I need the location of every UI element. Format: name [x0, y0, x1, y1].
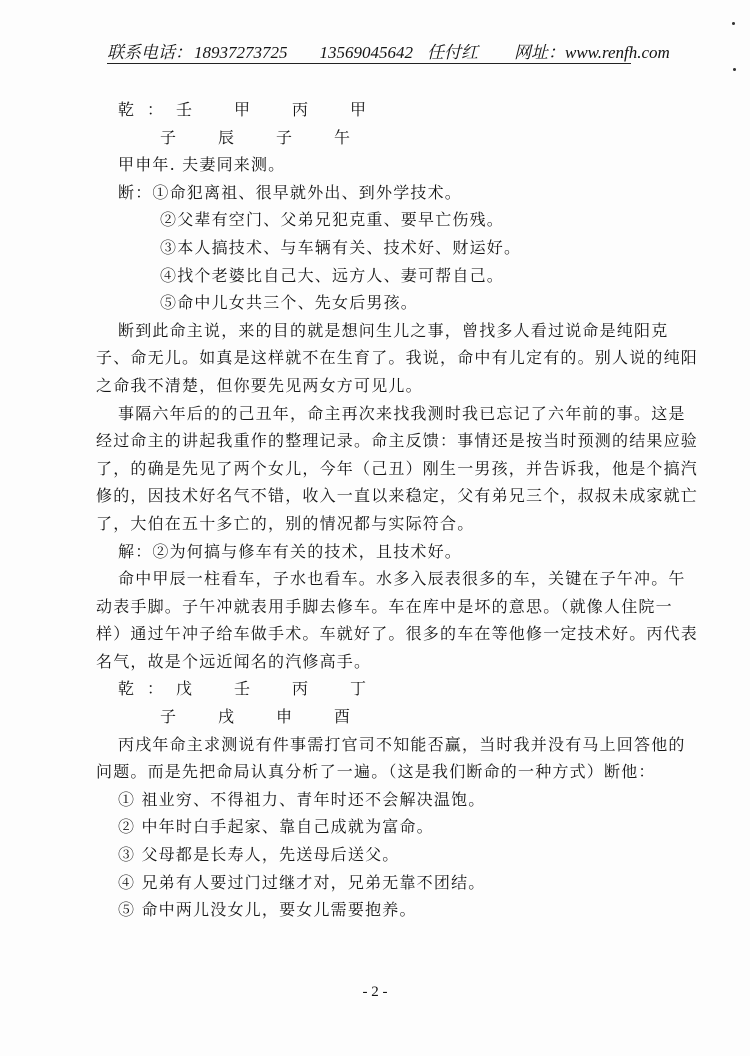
- case2-judgment-4: ④ 兄弟有人要过门过继才对，兄弟无靠不团结。: [96, 869, 656, 897]
- case1-judgment-3: ③本人搞技术、与车辆有关、技术好、财运好。: [96, 234, 656, 262]
- case1-judgment-1: 断：①命犯离祖、很早就外出、到外学技术。: [96, 179, 656, 207]
- scan-speck: [733, 68, 736, 71]
- case2-para1-line: 问题。而是先把命局认真分析了一遍。（这是我们断命的一种方式）断他：: [96, 758, 656, 786]
- case1-para2-line: 了，大伯在五十多亡的，别的情况都与实际符合。: [96, 510, 656, 538]
- phone-number-2: 13569045642: [320, 43, 414, 63]
- case1-judgment-5: ⑤命中儿女共三个、先女后男孩。: [96, 289, 656, 317]
- document-body: 乾：壬 甲 丙 甲 子 辰 子 午 甲申年. 夫妻同来测。 断：①命犯离祖、很早…: [96, 96, 656, 924]
- case1-para1-line: 断到此命主说，来的目的就是想问生儿之事，曾找多人看过说命是纯阳克: [96, 317, 656, 345]
- case1-explain-title: 解：②为何搞与修车有关的技术，且技术好。: [96, 538, 656, 566]
- case1-para2-line: 修的，因技术好名气不错，收入一直以来稳定，父有弟兄三个，叔叔未成家就亡: [96, 482, 656, 510]
- case2-earthly-branches: 子 戌 申 酉: [96, 703, 656, 731]
- website-label: 网址：: [514, 38, 565, 63]
- case1-para1-line: 之命我不清楚，但你要先见两女方可见儿。: [96, 372, 656, 400]
- case1-earthly-branches: 子 辰 子 午: [96, 124, 656, 152]
- case1-para2-line: 了，的确是先见了两个女儿，今年（己丑）刚生一男孩，并告诉我，他是个搞汽: [96, 455, 656, 483]
- case1-para2-line: 事隔六年后的的己丑年，命主再次来找我测时我已忘记了六年前的事。这是: [96, 400, 656, 428]
- case2-heavenly-stems: 乾：戊 壬 丙 丁: [96, 675, 656, 703]
- case1-para2-line: 经过命主的讲起我重作的整理记录。命主反馈：事情还是按当时预测的结果应验: [96, 427, 656, 455]
- case1-para3-line: 动表手脚。子午冲就表用手脚去修车。车在库中是坏的意思。（就像人住院一: [96, 593, 656, 621]
- website-url: www.renfh.com: [565, 43, 670, 63]
- case1-para3-line: 命中甲辰一柱看车，子水也看车。水多入辰表很多的车，关键在子午冲。午: [96, 565, 656, 593]
- scan-speck: [732, 22, 735, 25]
- case1-judgment-2: ②父辈有空门、父弟兄犯克重、要早亡伤残。: [96, 206, 656, 234]
- case2-judgment-1: ① 祖业穷、不得祖力、青年时还不会解决温饱。: [96, 786, 656, 814]
- case1-para1-line: 子、命无儿。如真是这样就不在生育了。我说，命中有儿定有的。别人说的纯阳: [96, 344, 656, 372]
- page-number: - 2 -: [0, 984, 750, 1001]
- case1-para3-line: 样）通过午冲子给车做手术。车就好了。很多的车在等他修一定技术好。丙代表: [96, 620, 656, 648]
- case1-heavenly-stems: 乾：壬 甲 丙 甲: [96, 96, 656, 124]
- case2-judgment-5: ⑤ 命中两儿没女儿，要女儿需要抱养。: [96, 896, 656, 924]
- phone-number-1: 18937273725: [194, 43, 288, 63]
- contact-name: 任付红: [427, 38, 478, 63]
- case2-judgment-2: ② 中年时白手起家、靠自己成就为富命。: [96, 813, 656, 841]
- case1-para3-line: 名气，故是个远近闻名的汽修高手。: [96, 648, 656, 676]
- case2-judgment-3: ③ 父母都是长寿人，先送母后送父。: [96, 841, 656, 869]
- contact-header: 联系电话： 18937273725 13569045642 任付红 网址： ww…: [107, 41, 631, 64]
- case2-para1-line: 丙戌年命主求测说有件事需打官司不知能否赢，当时我并没有马上回答他的: [96, 731, 656, 759]
- case1-judgment-4: ④找个老婆比自己大、远方人、妻可帮自己。: [96, 262, 656, 290]
- phone-label: 联系电话：: [107, 38, 192, 63]
- case1-intro: 甲申年. 夫妻同来测。: [96, 151, 656, 179]
